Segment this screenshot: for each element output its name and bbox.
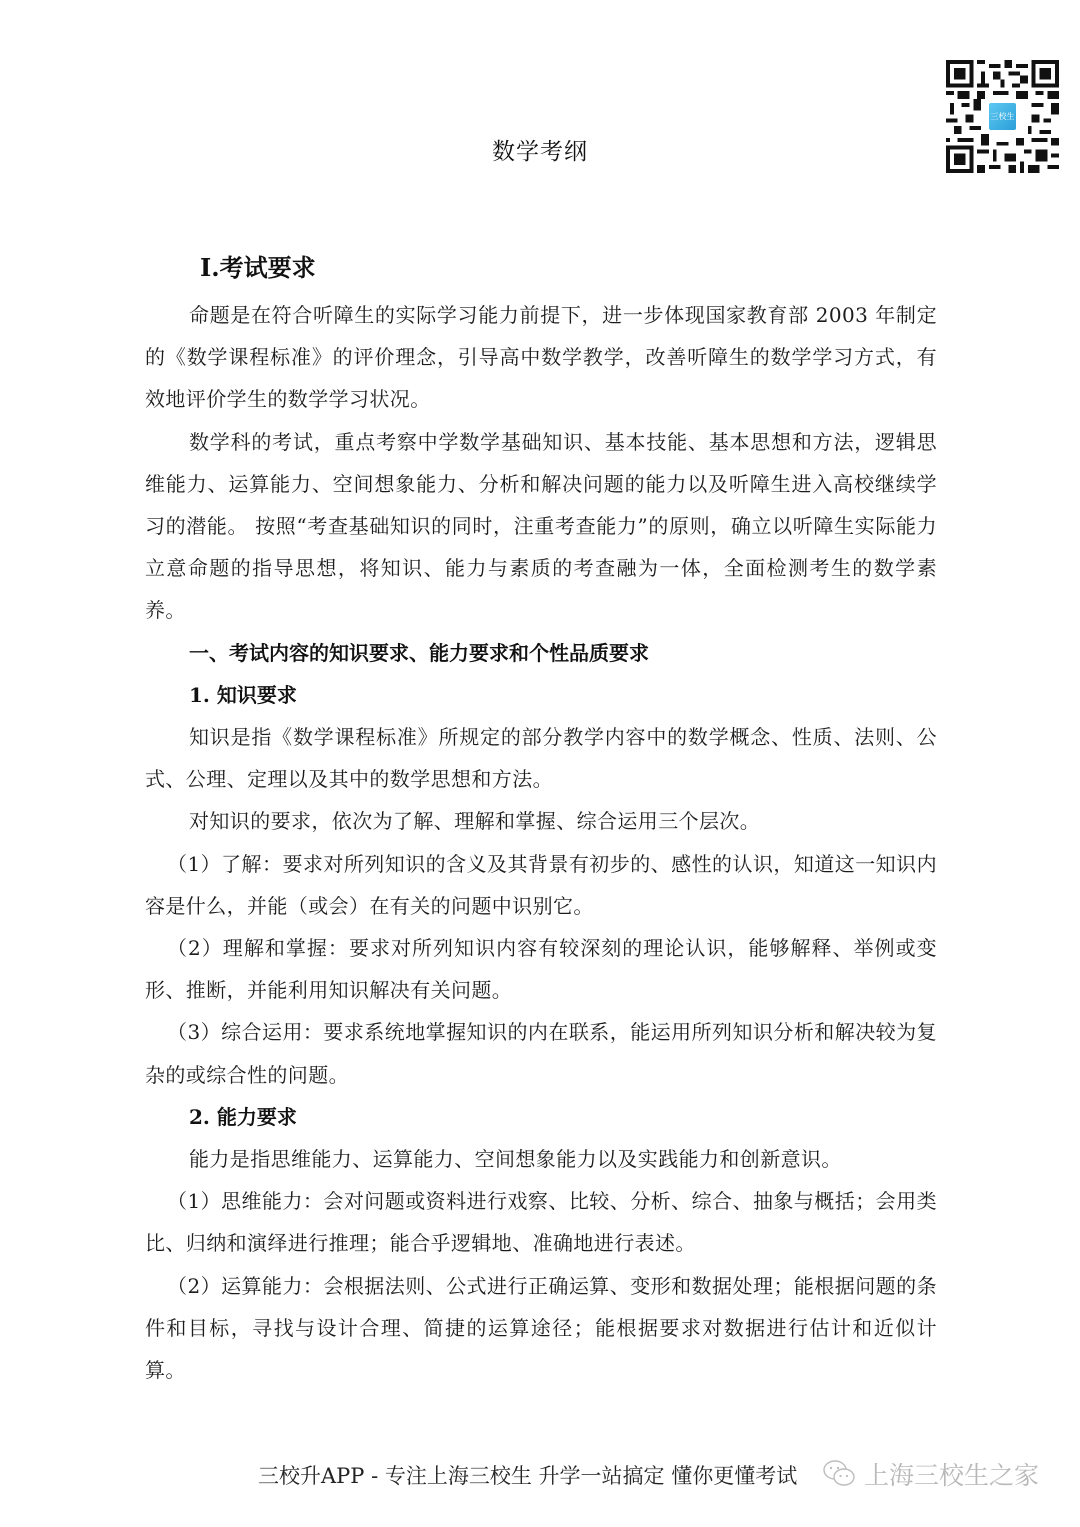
paragraph: 能力是指思维能力、运算能力、空间想象能力以及实践能力和创新意识。 (145, 1138, 937, 1180)
list-item: （1）了解：要求对所列知识的含义及其背景有初步的、感性的认识，知道这一知识内容是… (145, 843, 937, 927)
paragraph: 对知识的要求，依次为了解、理解和掌握、综合运用三个层次。 (145, 800, 937, 842)
paragraph: 知识是指《数学课程标准》所规定的部分教学内容中的数学概念、性质、法则、公式、公理… (145, 716, 937, 800)
list-item: （2）理解和掌握：要求对所列知识内容有较深刻的理论认识，能够解释、举例或变形、推… (145, 927, 937, 1011)
qr-logo: 三校生 (987, 101, 1018, 132)
list-item: （1）思维能力：会对问题或资料进行戏察、比较、分析、综合、抽象与概括；会用类比、… (145, 1180, 937, 1264)
document-body: 命题是在符合听障生的实际学习能力前提下，进一步体现国家教育部 2003 年制定的… (145, 294, 937, 1391)
section-heading: Ⅰ.考试要求 (200, 248, 316, 283)
list-item: （3）综合运用：要求系统地掌握知识的内在联系，能运用所列知识分析和解决较为复杂的… (145, 1011, 937, 1095)
wechat-watermark: 上海三校生之家 (822, 1456, 1039, 1492)
ability-heading: 2. 能力要求 (145, 1096, 937, 1138)
subsection-heading: 一、考试内容的知识要求、能力要求和个性品质要求 (145, 632, 937, 674)
paragraph: 命题是在符合听障生的实际学习能力前提下，进一步体现国家教育部 2003 年制定的… (145, 294, 937, 421)
footer-text: 三校升APP - 专注上海三校生 升学一站搞定 懂你更懂考试 (258, 1460, 797, 1490)
document-title: 数学考纲 (0, 133, 1080, 166)
watermark-label: 上海三校生之家 (864, 1456, 1039, 1492)
paragraph: 数学科的考试，重点考察中学数学基础知识、基本技能、基本思想和方法，逻辑思维能力、… (145, 421, 937, 632)
wechat-icon (822, 1459, 856, 1489)
list-item: （2）运算能力：会根据法则、公式进行正确运算、变形和数据处理；能根据问题的条件和… (145, 1265, 937, 1392)
knowledge-heading: 1. 知识要求 (145, 674, 937, 716)
